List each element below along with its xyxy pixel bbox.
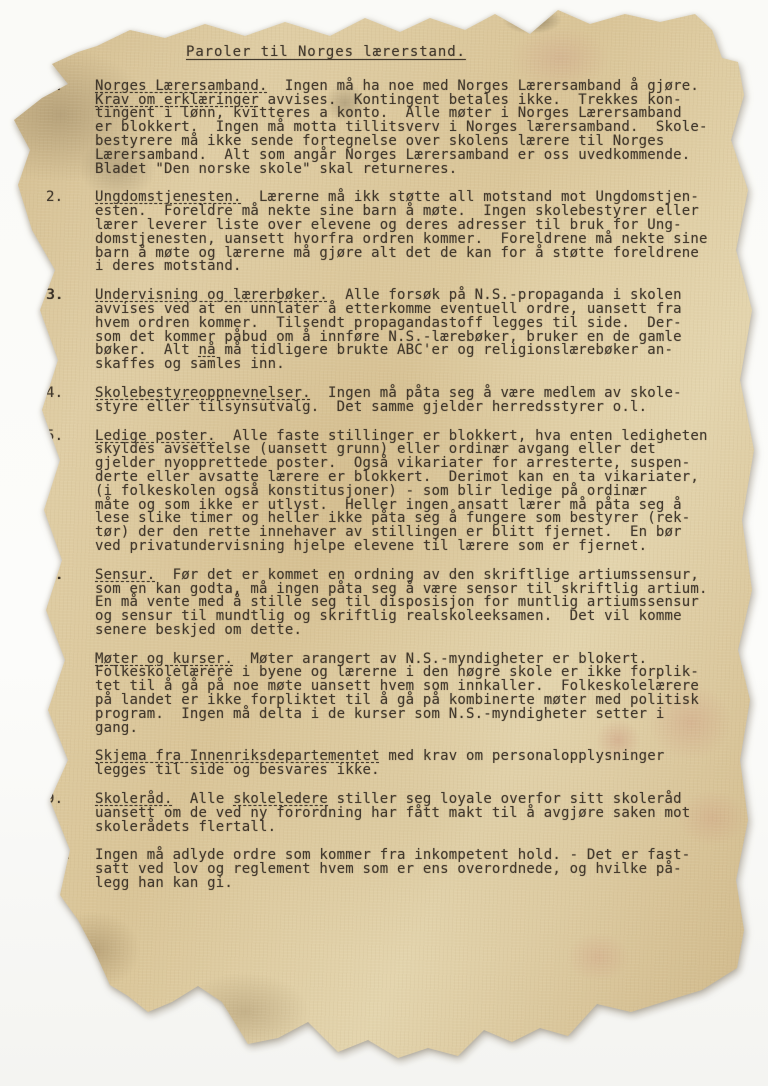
item-text: Skoleråd. Alle skoleledere stiller seg l… xyxy=(95,793,739,834)
parole-item-10: 10.Ingen må adlyde ordre som kommer fra … xyxy=(0,849,768,890)
item-text: Sensur. Før det er kommet en ordning av … xyxy=(95,569,739,638)
paper-sheet: Paroler til Norges lærerstand. 1.Norges … xyxy=(0,0,768,1086)
item-text: Ledige poster. Alle faste stillinger er … xyxy=(95,430,739,554)
item-text: Skjema fra Innenriksdepartementet med kr… xyxy=(95,750,739,778)
page-title: Paroler til Norges lærerstand. xyxy=(186,46,466,60)
parole-list: 1.Norges Lærersamband. Ingen må ha noe m… xyxy=(0,80,768,891)
item-text: Undervisning og lærerbøker. Alle forsøk … xyxy=(95,289,739,372)
item-text: Ungdomstjenesten. Lærerne må ikk støtte … xyxy=(95,191,739,274)
item-text: Møter og kurser. Møter arangert av N.S.-… xyxy=(95,653,739,736)
parole-item-1: 1.Norges Lærersamband. Ingen må ha noe m… xyxy=(0,80,768,177)
item-text: Skolebestyreoppnevnelser. Ingen må påta … xyxy=(95,387,739,415)
parole-item-4: 4.Skolebestyreoppnevnelser. Ingen må påt… xyxy=(0,387,768,415)
parole-item-8: 8.Skjema fra Innenriksdepartementet med … xyxy=(0,750,768,778)
parole-item-7: 7.Møter og kurser. Møter arangert av N.S… xyxy=(0,653,768,736)
parole-item-3: 3.Undervisning og lærerbøker. Alle forsø… xyxy=(0,289,768,372)
item-text: Norges Lærersamband. Ingen må ha noe med… xyxy=(95,80,739,177)
paper-shadow-wrap: Paroler til Norges lærerstand. 1.Norges … xyxy=(0,0,768,1086)
item-number: 3. xyxy=(0,289,95,372)
item-number: 8. xyxy=(0,750,95,778)
item-number: 9. xyxy=(0,793,95,834)
scan-background: Paroler til Norges lærerstand. 1.Norges … xyxy=(0,0,768,1086)
item-number: 4. xyxy=(0,387,95,415)
parole-item-6: 6.Sensur. Før det er kommet en ordning a… xyxy=(0,569,768,638)
parole-item-9: 9.Skoleråd. Alle skoleledere stiller seg… xyxy=(0,793,768,834)
item-number: 1. xyxy=(0,80,95,177)
item-number: 10. xyxy=(0,849,95,890)
item-number: 6. xyxy=(0,569,95,638)
item-number: 5. xyxy=(0,430,95,554)
document-content: Paroler til Norges lærerstand. 1.Norges … xyxy=(0,0,768,906)
parole-item-5: 5.Ledige poster. Alle faste stillinger e… xyxy=(0,430,768,554)
item-text: Ingen må adlyde ordre som kommer fra ink… xyxy=(95,849,739,890)
item-number: 2. xyxy=(0,191,95,274)
parole-item-2: 2.Ungdomstjenesten. Lærerne må ikk støtt… xyxy=(0,191,768,274)
item-number: 7. xyxy=(0,653,95,736)
